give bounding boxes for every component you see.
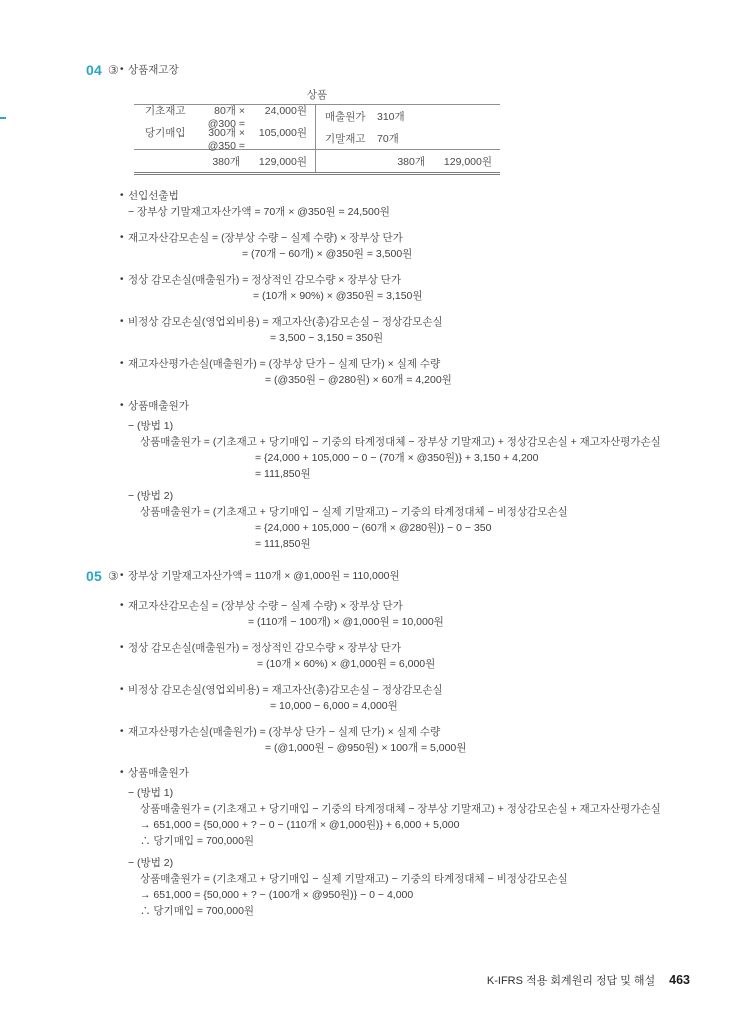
formula-line: = {24,000 + 105,000 − 0 − (70개 × @350원)}…: [255, 450, 719, 466]
formula-line: = (@350원 − @280원) × 60개 = 4,200원: [265, 372, 719, 388]
method-label: − (방법 1): [128, 785, 719, 801]
solution-item-cogs: • 상품매출원가 − (방법 1) 상품매출원가 = (기초재고 + 당기매입 …: [120, 398, 719, 552]
t-account-table: 상품 기초재고 80개 × @300 = 24,000원 매출원가 310개: [134, 88, 500, 175]
problem-number: 04: [86, 62, 108, 78]
bullet-icon: •: [120, 398, 128, 552]
formula-line: 재고자산평가손실(매출원가) = (장부상 단가 − 실제 단가) × 실제 수…: [128, 724, 719, 740]
formula-line: ∴ 당기매입 = 700,000원: [140, 833, 719, 849]
t-account-title: 상품: [134, 88, 500, 102]
formula-line: 장부상 기말재고자산가액 = 110개 × @1,000원 = 110,000원: [128, 568, 719, 584]
cell-label: 매출원가: [325, 109, 377, 124]
answer-choice-badge: ③: [108, 62, 120, 78]
bullet-icon: •: [120, 188, 128, 220]
total-qty: 380개: [145, 154, 240, 169]
bullet-icon: •: [120, 765, 128, 919]
formula-line: 재고자산감모손실 = (장부상 수량 − 실제 수량) × 장부상 단가: [128, 598, 719, 614]
method-2-block: − (방법 2) 상품매출원가 = (기초재고 + 당기매입 − 실제 기말재고…: [128, 855, 719, 919]
item-header: 상품매출원가: [128, 398, 719, 414]
bullet-icon: •: [120, 62, 128, 78]
solution-item: • 재고자산평가손실(매출원가) = (장부상 단가 − 실제 단가) × 실제…: [120, 724, 719, 756]
formula-line: 상품매출원가 = (기초재고 + 당기매입 − 실제 기말재고) − 기중의 타…: [140, 871, 719, 887]
formula-line: = {24,000 + 105,000 − (60개 × @280원)} − 0…: [255, 520, 719, 536]
method-label: − (방법 2): [128, 855, 719, 871]
bullet-icon: •: [120, 356, 128, 388]
method-label: − (방법 2): [128, 488, 719, 504]
formula-line: = (70개 − 60개) × @350원 = 3,500원: [242, 246, 719, 262]
print-registration-tick: [0, 117, 6, 119]
solution-item-fifo: • 선입선출법 − 장부상 기말재고자산가액 = 70개 × @350원 = 2…: [120, 188, 719, 220]
cell-amount: 24,000원: [245, 103, 307, 118]
intro-label: 상품재고장: [128, 62, 719, 78]
bullet-icon: •: [120, 640, 128, 672]
formula-line: 비정상 감모손실(영업외비용) = 재고자산(총)감모손실 − 정상감모손실: [128, 682, 719, 698]
bullet-icon: •: [120, 598, 128, 630]
bullet-icon: •: [120, 724, 128, 756]
problem-solution-body: • 장부상 기말재고자산가액 = 110개 × @1,000원 = 110,00…: [120, 568, 719, 919]
book-title: K-IFRS 적용 회계원리 정답 및 해설: [487, 972, 655, 988]
solution-item: • 장부상 기말재고자산가액 = 110개 × @1,000원 = 110,00…: [120, 568, 719, 584]
method-1-block: − (방법 1) 상품매출원가 = (기초재고 + 당기매입 − 기중의 타계정…: [128, 418, 719, 482]
bullet-icon: •: [120, 272, 128, 304]
method-2-block: − (방법 2) 상품매출원가 = (기초재고 + 당기매입 − 실제 기말재고…: [128, 488, 719, 552]
problem-05: 05 ③ • 장부상 기말재고자산가액 = 110개 × @1,000원 = 1…: [86, 568, 719, 919]
textbook-answer-page: 04 ③ • 상품재고장 상품 기초재고 80개 × @300 =: [0, 0, 749, 1024]
formula-line: = 111,850원: [255, 536, 719, 552]
solution-item: • 재고자산평가손실(매출원가) = (장부상 단가 − 실제 단가) × 실제…: [120, 356, 719, 388]
total-amount: 129,000원: [425, 154, 492, 169]
cell-label: 기초재고: [145, 103, 195, 118]
answer-choice-badge: ③: [108, 568, 120, 584]
bullet-icon: •: [120, 682, 128, 714]
formula-line: 상품매출원가 = (기초재고 + 당기매입 − 기중의 타계정대체 − 장부상 …: [140, 434, 719, 450]
formula-line: → 651,000 = {50,000 + ? − (100개 × @950원)…: [140, 887, 719, 903]
total-qty: 380개: [325, 154, 425, 169]
problem-number: 05: [86, 568, 108, 584]
formula-line: 상품매출원가 = (기초재고 + 당기매입 − 실제 기말재고) − 기중의 타…: [140, 504, 719, 520]
solution-item: • 재고자산감모손실 = (장부상 수량 − 실제 수량) × 장부상 단가 =…: [120, 598, 719, 630]
table-total-row: 380개 129,000원 380개 129,000원: [134, 149, 500, 172]
bullet-icon: •: [120, 314, 128, 346]
formula-line: = (@1,000원 − @950원) × 100개 = 5,000원: [265, 740, 719, 756]
formula-line: = (110개 − 100개) × @1,000원 = 10,000원: [248, 614, 719, 630]
table-row: 당기매입 300개 × @350 = 105,000원 기말재고 70개: [134, 127, 500, 149]
formula-line: = 3,500 − 3,150 = 350원: [270, 330, 719, 346]
formula-line: 정상 감모손실(매출원가) = 정상적인 감모수량 × 장부상 단가: [128, 272, 719, 288]
item-header: 상품매출원가: [128, 765, 719, 781]
bullet-icon: •: [120, 568, 128, 584]
solution-item: • 비정상 감모손실(영업외비용) = 재고자산(총)감모손실 − 정상감모손실…: [120, 314, 719, 346]
solution-item-intro: • 상품재고장: [120, 62, 719, 78]
cell-label: 기말재고: [325, 131, 377, 146]
page-footer: K-IFRS 적용 회계원리 정답 및 해설 463: [487, 972, 690, 988]
solution-item: • 재고자산감모손실 = (장부상 수량 − 실제 수량) × 장부상 단가 =…: [120, 230, 719, 262]
problem-04: 04 ③ • 상품재고장 상품 기초재고 80개 × @300 =: [86, 0, 719, 552]
solution-item: • 정상 감모손실(매출원가) = 정상적인 감모수량 × 장부상 단가 = (…: [120, 272, 719, 304]
solution-item: • 비정상 감모손실(영업외비용) = 재고자산(총)감모손실 − 정상감모손실…: [120, 682, 719, 714]
formula-line: 재고자산감모손실 = (장부상 수량 − 실제 수량) × 장부상 단가: [128, 230, 719, 246]
cell-calc: 300개 × @350 =: [195, 125, 245, 152]
formula-line: = 111,850원: [255, 466, 719, 482]
cell-amount: 105,000원: [245, 125, 307, 140]
formula-line: = (10개 × 90%) × @350원 = 3,150원: [253, 288, 719, 304]
page-number: 463: [669, 973, 690, 987]
formula-line: 비정상 감모손실(영업외비용) = 재고자산(총)감모손실 − 정상감모손실: [128, 314, 719, 330]
formula-line: 상품매출원가 = (기초재고 + 당기매입 − 기중의 타계정대체 − 장부상 …: [140, 801, 719, 817]
solution-item-cogs: • 상품매출원가 − (방법 1) 상품매출원가 = (기초재고 + 당기매입 …: [120, 765, 719, 919]
total-amount: 129,000원: [240, 154, 307, 169]
item-header: 선입선출법: [128, 188, 719, 204]
method-label: − (방법 1): [128, 418, 719, 434]
formula-line: → 651,000 = {50,000 + ? − 0 − (110개 × @1…: [140, 817, 719, 833]
method-1-block: − (방법 1) 상품매출원가 = (기초재고 + 당기매입 − 기중의 타계정…: [128, 785, 719, 849]
cell-label: 당기매입: [145, 125, 195, 140]
formula-line: ∴ 당기매입 = 700,000원: [140, 903, 719, 919]
formula-line: 재고자산평가손실(매출원가) = (장부상 단가 − 실제 단가) × 실제 수…: [128, 356, 719, 372]
cell-qty: 70개: [377, 131, 399, 146]
formula-line: = (10개 × 60%) × @1,000원 = 6,000원: [257, 656, 719, 672]
cell-qty: 310개: [377, 109, 405, 124]
solution-item: • 정상 감모손실(매출원가) = 정상적인 감모수량 × 장부상 단가 = (…: [120, 640, 719, 672]
formula-line: 정상 감모손실(매출원가) = 정상적인 감모수량 × 장부상 단가: [128, 640, 719, 656]
problem-solution-body: • 상품재고장 상품 기초재고 80개 × @300 = 24,000원: [120, 62, 719, 552]
t-account-divider: [315, 105, 316, 172]
formula-line: = 10,000 − 6,000 = 4,000원: [270, 698, 719, 714]
bullet-icon: •: [120, 230, 128, 262]
formula-line: − 장부상 기말재고자산가액 = 70개 × @350원 = 24,500원: [128, 204, 719, 220]
